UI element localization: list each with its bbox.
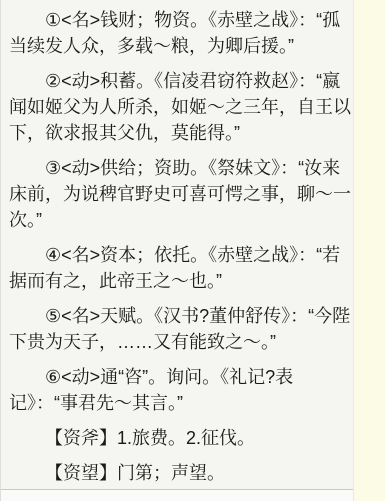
sense-4: ④<名>资本；依托。《赤壁之战》：“若据而有之，此帝王之～也。” [9,242,353,294]
page-background-strip [353,0,385,501]
sense-3: ③<动>供给；资助。《祭妹文》：“汝来床前，为说稗官野史可喜可愕之事，聊～一次。… [9,155,353,233]
sense-1: ①<名>钱财；物资。《赤壁之战》：“孤当续发人众，多载～粮，为卿后援。” [9,7,353,59]
sense-6: ⑥<动>通“咨”。询问。《礼记?表记》：“事君先～其言。” [9,364,353,416]
sense-5: ⑤<名>天赋。《汉书?董仲舒传》：“今陛下贵为天子，……又有能致之～。” [9,303,353,355]
sense-2: ②<动>积蓄。《信凌君窃符救赵》：“嬴闻如姬父为人所杀，如姬～之三年，自王以下，… [9,68,353,146]
definition-content-panel[interactable]: ①<名>钱财；物资。《赤壁之战》：“孤当续发人众，多载～粮，为卿后援。” ②<动… [0,0,353,501]
dictionary-page: ①<名>钱财；物资。《赤壁之战》：“孤当续发人众，多载～粮，为卿后援。” ②<动… [0,0,385,501]
compound-zifu: 【资斧】1.旅费。2.征伐。 [9,425,353,451]
definition-text-block: ①<名>钱财；物资。《赤壁之战》：“孤当续发人众，多载～粮，为卿后援。” ②<动… [1,0,353,486]
footer-area [1,490,354,501]
compound-ziwang: 【资望】门第；声望。 [9,460,353,486]
